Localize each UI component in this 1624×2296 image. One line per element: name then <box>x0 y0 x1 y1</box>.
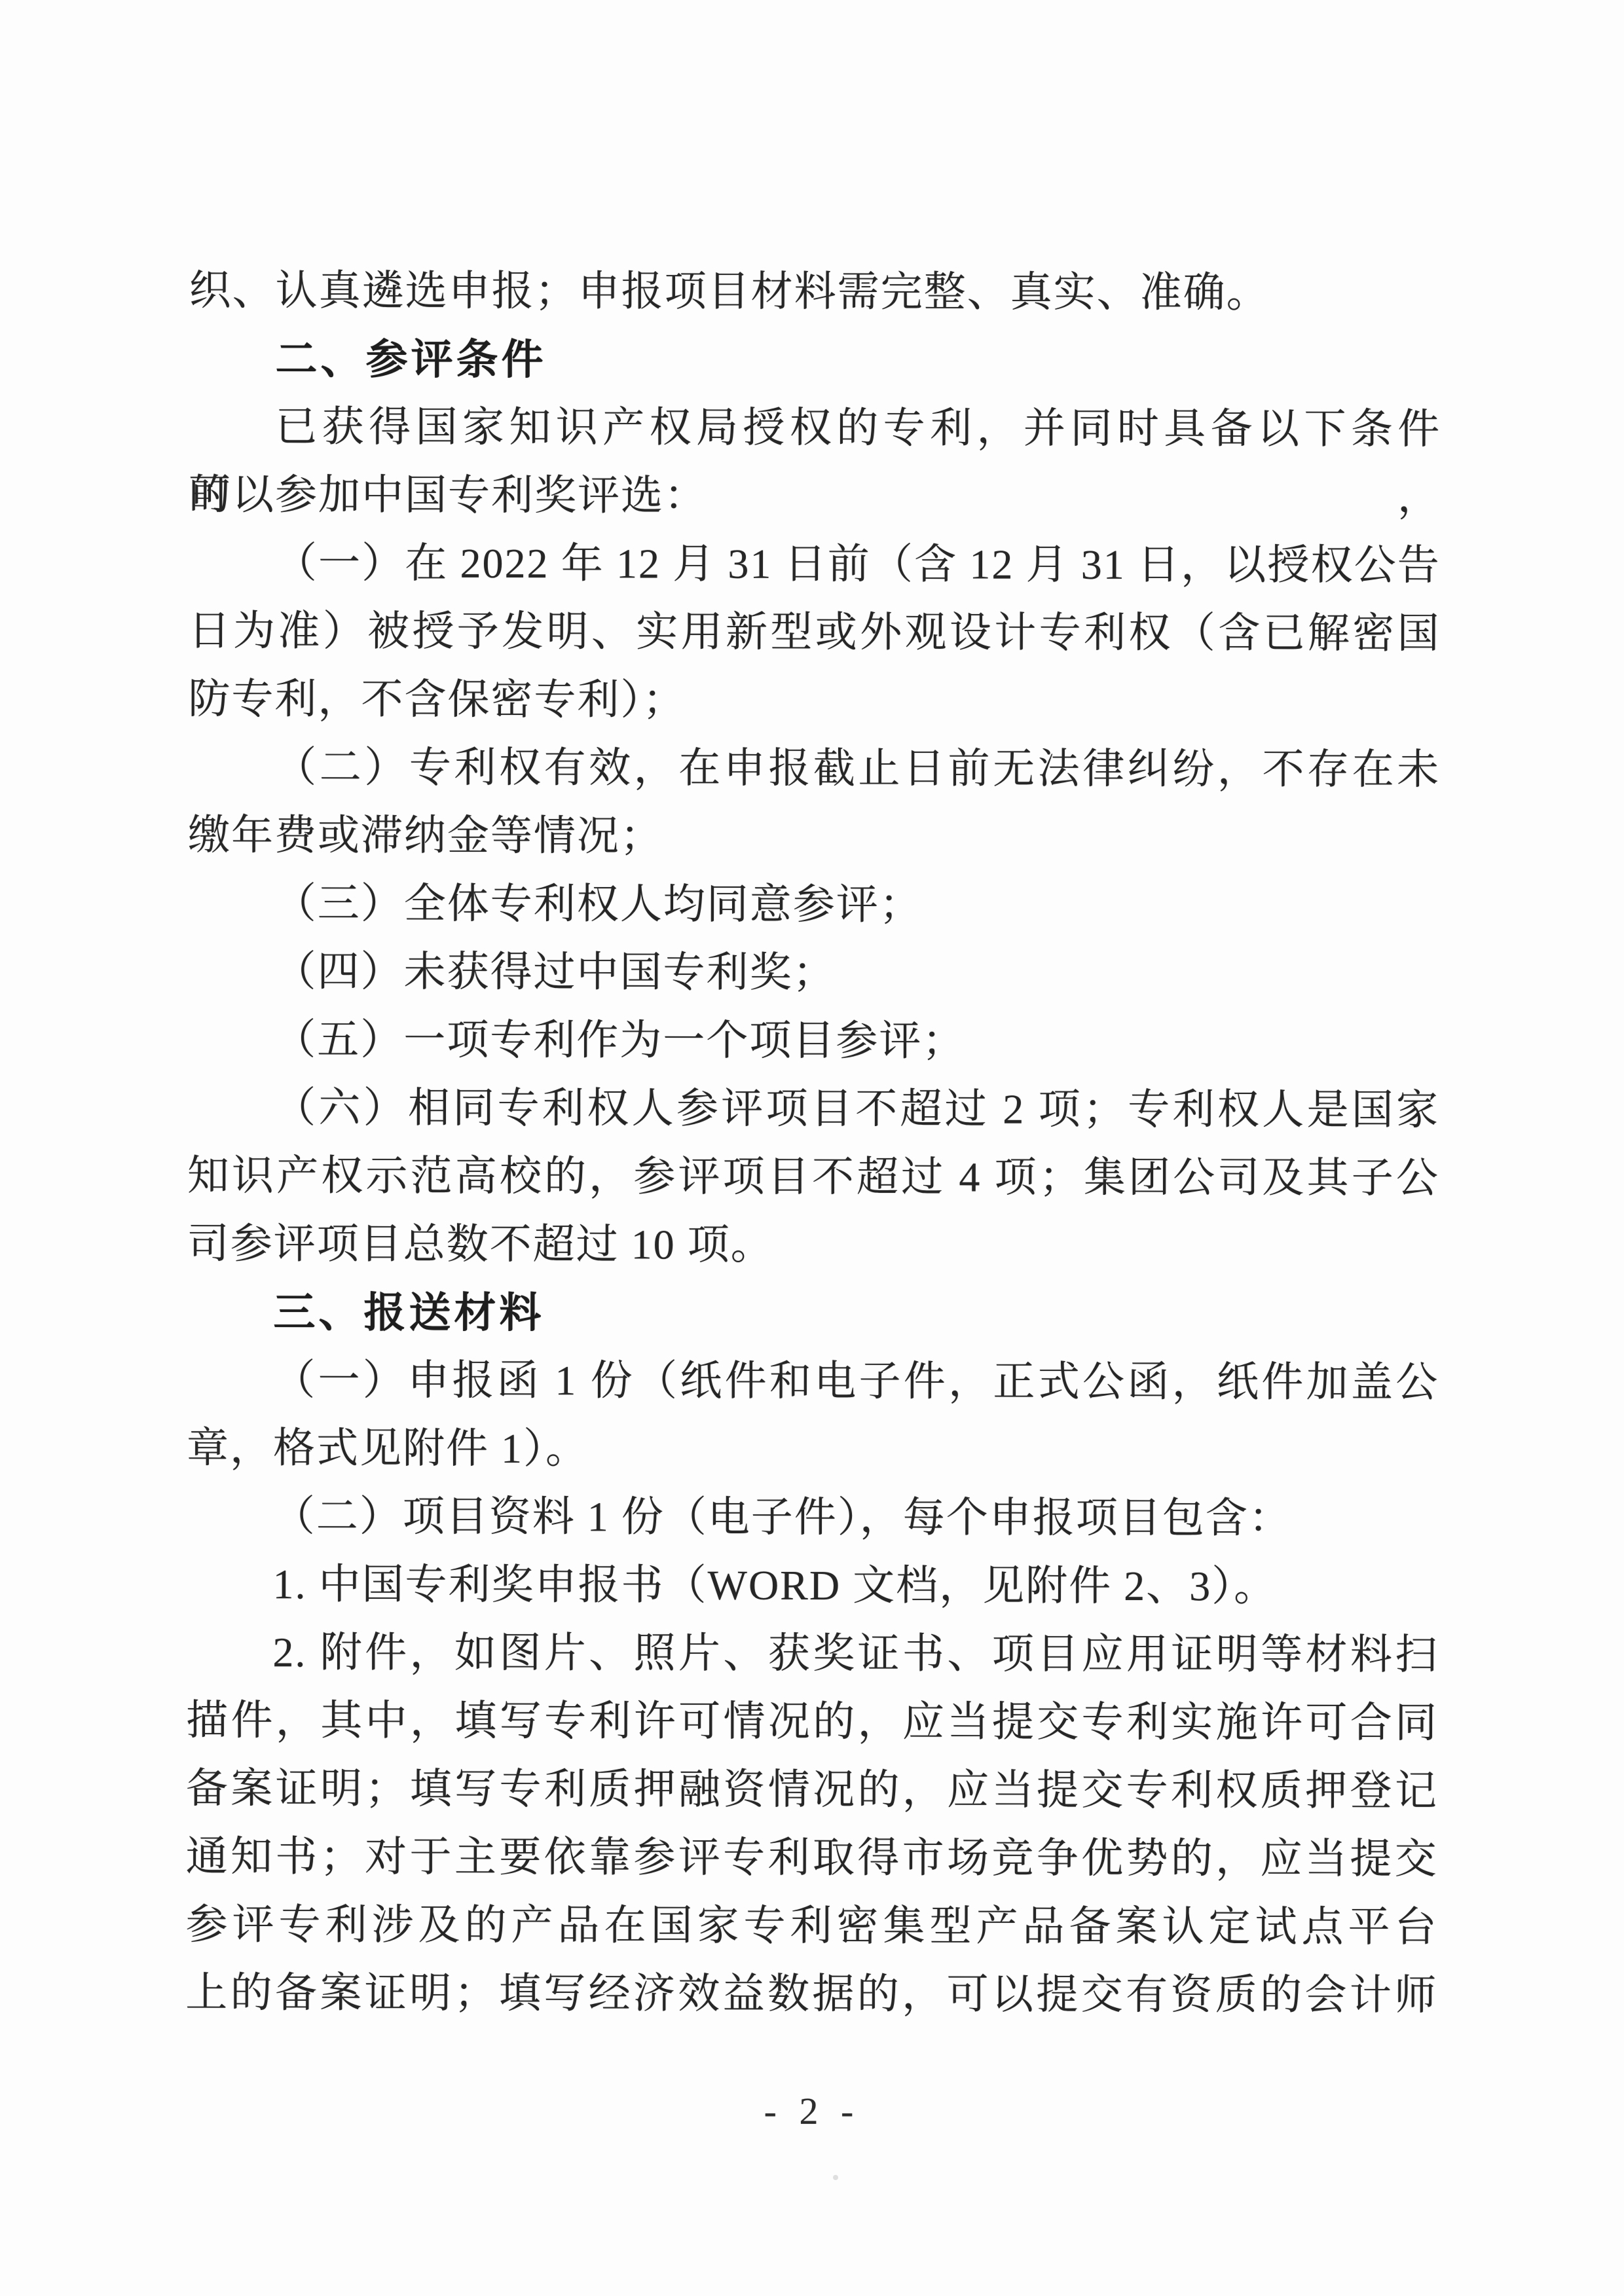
heading-submission-materials: 三、报送材料 <box>187 1278 1439 1349</box>
text-line-item-1: 1. 中国专利奖申报书（WORD 文档，见附件 2、3）。 <box>186 1550 1438 1621</box>
text-block: 织、认真遴选申报；申报项目材料需完整、真实、准确。 二、参评条件 已获得国家知识… <box>185 257 1441 2030</box>
text-line: 日为准）被授予发明、实用新型或外观设计专利权（含已解密国 <box>189 597 1441 668</box>
text-line-condition-1: （一）在 2022 年 12 月 31 日前（含 12 月 31 日，以授权公告 <box>189 529 1441 600</box>
text-line: 知识产权示范高校的，参评项目不超过 4 项；集团公司及其子公 <box>187 1142 1439 1212</box>
text-line: 描件，其中，填写专利许可情况的，应当提交专利实施许可合同 <box>186 1686 1438 1757</box>
heading-evaluation-criteria: 二、参评条件 <box>189 325 1441 395</box>
text-line: 防专利，不含保密专利）； <box>188 665 1440 736</box>
text-line: 缴年费或滞纳金等情况； <box>188 801 1440 872</box>
text-line-condition-2: （二）专利权有效，在申报截止日前无法律纠纷，不存在未 <box>188 733 1440 804</box>
text-line-condition-3: （三）全体专利权人均同意参评； <box>188 869 1440 940</box>
text-line: 上的备案证明；填写经济效益数据的，可以提交有资质的会计师 <box>185 1959 1437 2030</box>
text-line: 司参评项目总数不超过 10 项。 <box>187 1210 1439 1281</box>
text-line-item-2: 2. 附件，如图片、照片、获奖证书、项目应用证明等材料扫 <box>186 1618 1438 1689</box>
text-line: 织、认真遴选申报；申报项目材料需完整、真实、准确。 <box>189 257 1441 327</box>
text-line: 备案证明；填写专利质押融资情况的，应当提交专利权质押登记 <box>186 1755 1438 1825</box>
page-number: - 2 - <box>0 2082 1624 2141</box>
text-line-condition-4: （四）未获得过中国专利奖； <box>187 938 1439 1008</box>
document-page: 织、认真遴选申报；申报项目材料需完整、真实、准确。 二、参评条件 已获得国家知识… <box>0 0 1624 2296</box>
text-line-condition-5: （五）一项专利作为一个项目参评； <box>187 1006 1439 1076</box>
text-line: 已获得国家知识产权局授权的专利，并同时具备以下条件的， <box>189 393 1441 464</box>
text-line: 通知书；对于主要依靠参评专利取得市场竞争优势的，应当提交 <box>186 1823 1438 1893</box>
text-line: 章，格式见附件 1）。 <box>187 1414 1439 1485</box>
text-line-condition-6: （六）相同专利权人参评项目不超过 2 项；专利权人是国家 <box>187 1074 1439 1144</box>
text-line-material-2: （二）项目资料 1 份（电子件），每个申报项目包含： <box>187 1482 1439 1553</box>
text-line: 参评专利涉及的产品在国家专利密集型产品备案认定试点平台 <box>185 1891 1437 1961</box>
text-line-material-1: （一）申报函 1 份（纸件和电子件，正式公函，纸件加盖公 <box>187 1346 1439 1417</box>
scan-speckle <box>833 2175 838 2180</box>
